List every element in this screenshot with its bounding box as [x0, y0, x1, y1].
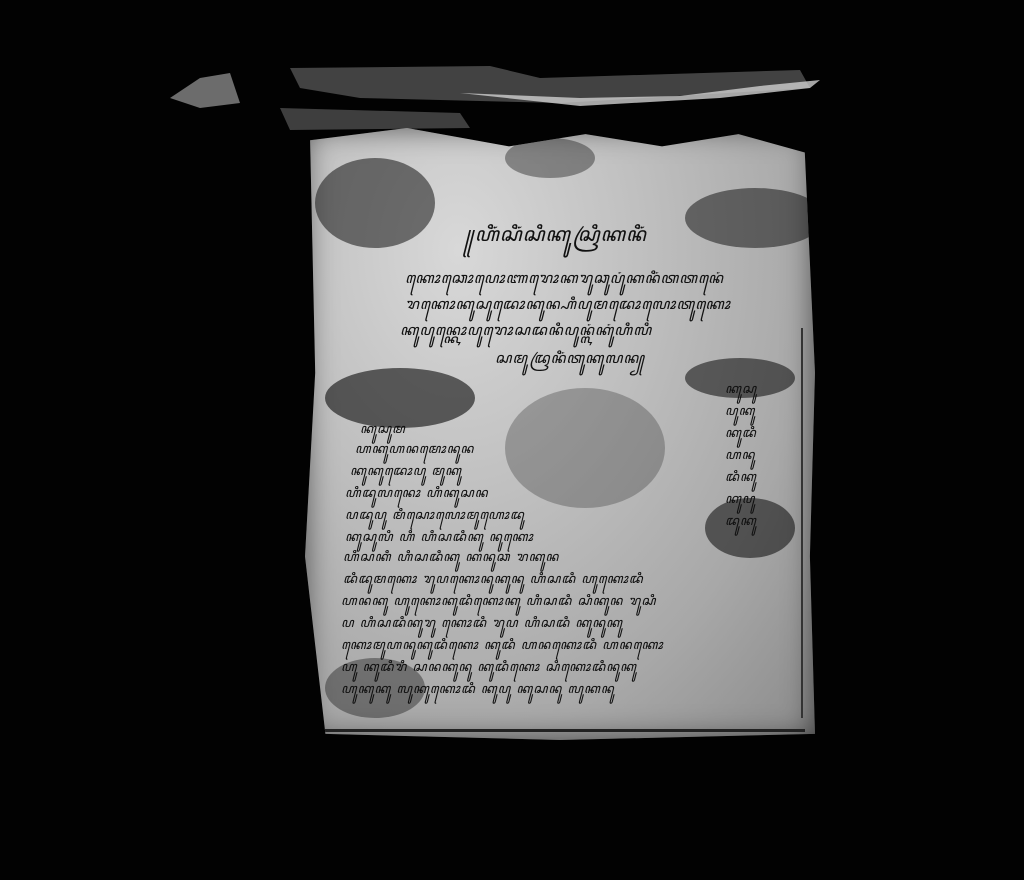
stain: [315, 158, 435, 248]
right-column-line: ꦢꦸꦏꦸ: [725, 510, 757, 537]
title-line: ꧋ꦲꦶꦁꦱꦶꦁꦱꦶꦏꦸꦱꦿꦶꦏꦤꦶꦁ: [465, 220, 647, 260]
header-line: ꦱꦩꦸꦢꦿꦤꦶꦁꦠꦸꦏꦸꦭꦤ꧀: [495, 346, 645, 377]
page-edge-bottom: [315, 729, 805, 732]
stain: [685, 188, 825, 248]
torn-top-strip: [160, 58, 880, 148]
header-line: ꦏꦸꦥꦸꦤ꧀ꦏꦺꦴꦥꦸꦫꦺꦴꦱꦢꦤꦶꦥꦸꦤ꧀ꦭꦁꦏꦸꦁꦲꦶꦭꦶ: [400, 318, 652, 349]
photo-background: ꧋ꦲꦶꦁꦱꦶꦁꦱꦶꦏꦸꦱꦿꦶꦏꦤꦶꦁ ꦏꦺꦴꦕꦺꦴꦥꦺꦴꦚꦫꦺꦴꦏꦫꦸꦕꦸꦥꦸꦁ…: [0, 0, 1024, 880]
body-line: ꦲꦸꦏꦸꦏꦸ ꦭꦸꦏꦸꦏꦺꦴꦢꦶ ꦏꦸꦥꦸ ꦏꦸꦱꦤꦸ ꦭꦸꦏꦤꦸ: [341, 678, 615, 705]
manuscript-page: ꧋ꦲꦶꦁꦱꦶꦁꦱꦶꦏꦸꦱꦿꦶꦏꦤꦶꦁ ꦏꦺꦴꦕꦺꦴꦥꦺꦴꦚꦫꦺꦴꦏꦫꦸꦕꦸꦥꦸꦁ…: [305, 128, 815, 740]
stain: [505, 388, 665, 508]
page-edge-right: [801, 328, 803, 718]
